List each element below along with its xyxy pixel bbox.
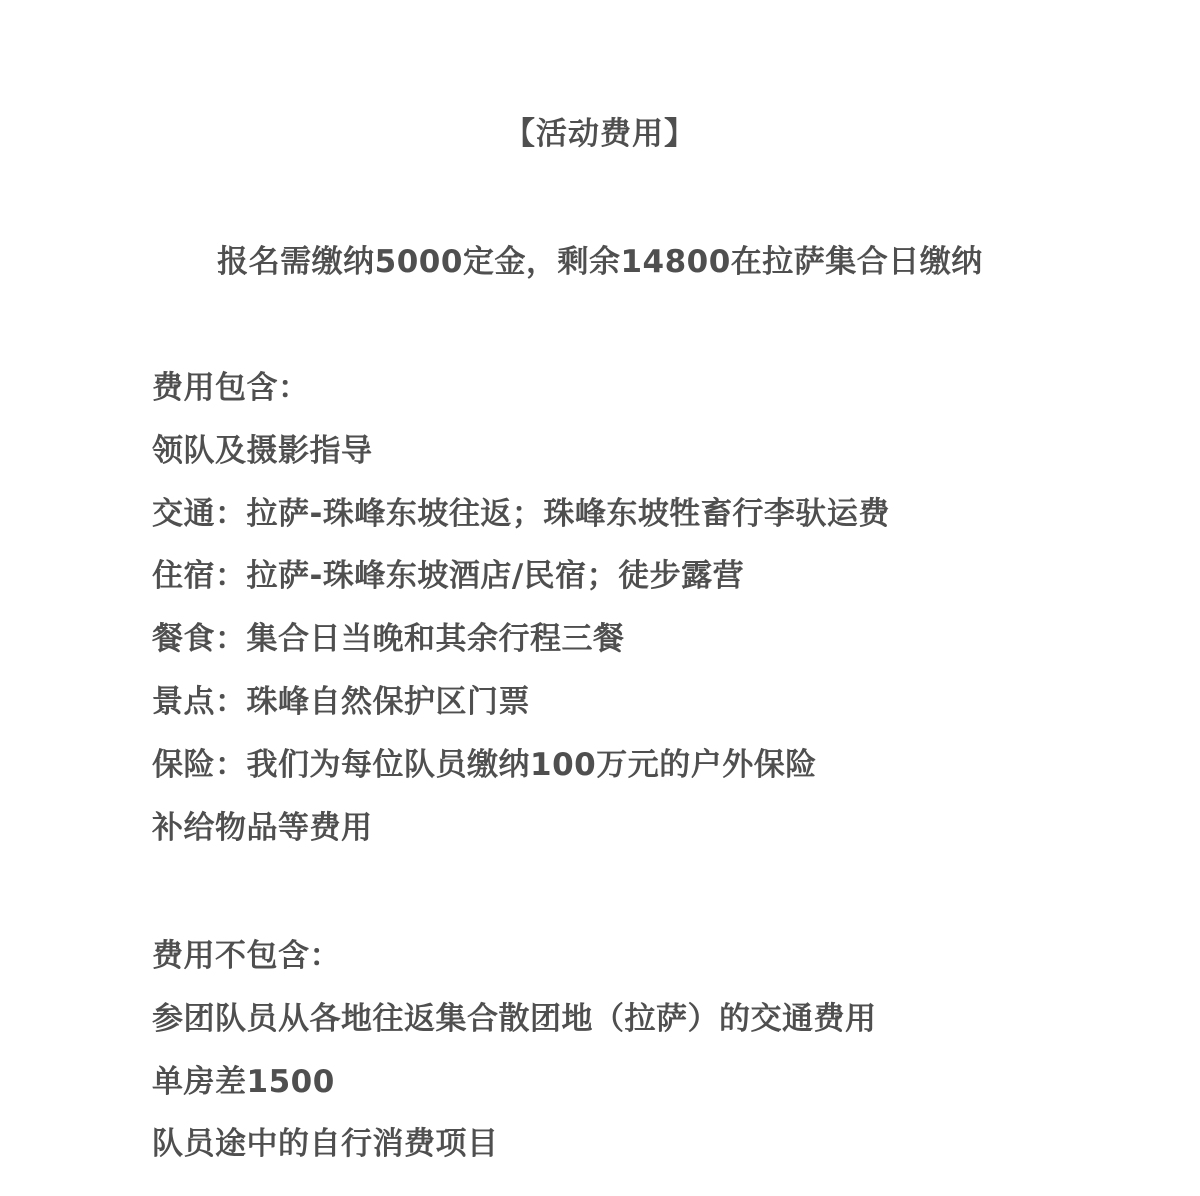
included-item-meals: 餐食：集合日当晚和其余行程三餐 [152, 608, 890, 671]
included-item-transport: 交通：拉萨-珠峰东坡往返；珠峰东坡牲畜行李驮运费 [152, 483, 890, 546]
fees-included-section: 费用包含： 领队及摄影指导 交通：拉萨-珠峰东坡往返；珠峰东坡牲畜行李驮运费 住… [152, 357, 890, 859]
fees-excluded-section: 费用不包含： 参团队员从各地往返集合散团地（拉萨）的交通费用 单房差1500 队… [152, 925, 877, 1176]
excluded-item-single-room: 单房差1500 [152, 1051, 877, 1114]
included-item-insurance: 保险：我们为每位队员缴纳100万元的户外保险 [152, 734, 890, 797]
section-title: 【活动费用】 [0, 112, 1200, 156]
fees-included-heading: 费用包含： [152, 357, 890, 420]
included-item-attractions: 景点：珠峰自然保护区门票 [152, 671, 890, 734]
fees-excluded-heading: 费用不包含： [152, 925, 877, 988]
included-item-supplies: 补给物品等费用 [152, 797, 890, 860]
excluded-item-travel: 参团队员从各地往返集合散团地（拉萨）的交通费用 [152, 988, 877, 1051]
included-item-accommodation: 住宿：拉萨-珠峰东坡酒店/民宿；徒步露营 [152, 545, 890, 608]
included-item-guide: 领队及摄影指导 [152, 420, 890, 483]
payment-notice: 报名需缴纳5000定金，剩余14800在拉萨集合日缴纳 [0, 238, 1200, 286]
excluded-item-personal-expenses: 队员途中的自行消费项目 [152, 1113, 877, 1176]
